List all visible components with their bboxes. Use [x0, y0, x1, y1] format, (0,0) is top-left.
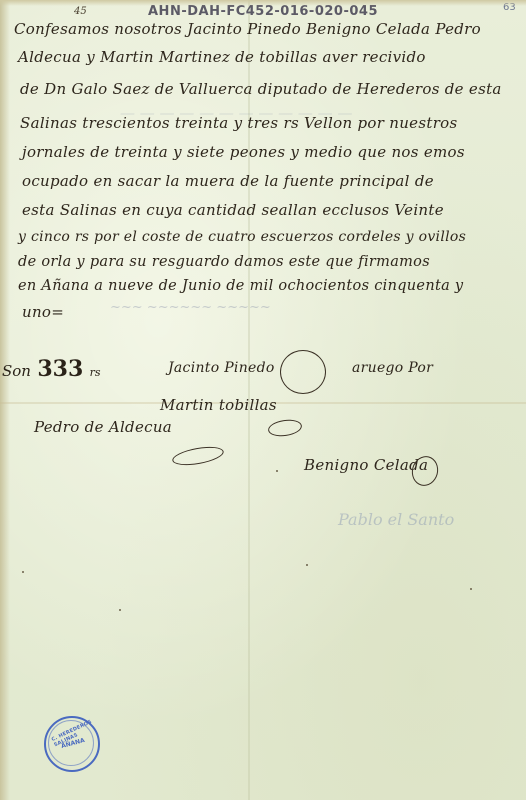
signature-pedro-aldecua: Pedro de Aldecua [34, 418, 172, 436]
amount-total: Son 333 rs [2, 356, 101, 382]
signature-arruego: aruego Por [352, 360, 433, 376]
body-line-11: uno= [22, 303, 64, 321]
archive-reference-code: AHN-DAH-FC452-016-020-045 [148, 4, 378, 19]
body-line-1: Confesamos nosotros Jacinto Pinedo Benig… [14, 20, 481, 38]
archive-stamp: C. HEREDEROS SALINAS AÑANA [44, 716, 100, 772]
body-line-9: de orla y para su resguardo damos este q… [18, 254, 430, 270]
folio-number: 63 [503, 2, 516, 13]
body-line-2: Aldecua y Martin Martinez de tobillas av… [18, 48, 426, 66]
signature-benigno-celada: Benigno Celada [304, 456, 428, 474]
faded-note: Pablo el Santo [338, 510, 454, 529]
amount-value: 333 [37, 356, 83, 382]
body-line-8: y cinco rs por el coste de cuatro escuer… [18, 229, 466, 245]
rubric-flourish [267, 418, 303, 439]
rubric-flourish [280, 350, 326, 394]
paper-speck [119, 609, 121, 611]
bleed-through-text: ~~~ ~~~~~~ ~~~~~ [110, 300, 271, 315]
paper-speck [22, 571, 24, 573]
amount-prefix: Son [2, 362, 31, 380]
rubric-flourish [171, 444, 225, 469]
margin-number: 45 [74, 6, 87, 17]
body-line-4: Salinas trescientos treinta y tres rs Ve… [20, 114, 458, 132]
body-line-3: de Dn Galo Saez de Valluerca diputado de… [20, 80, 502, 98]
paper-speck [276, 470, 278, 472]
body-line-10: en Añana a nueve de Junio de mil ochocie… [18, 278, 463, 294]
body-line-7: esta Salinas en cuya cantidad seallan ec… [22, 201, 444, 219]
body-line-6: ocupado en sacar la muera de la fuente p… [22, 172, 434, 190]
paper-speck [306, 564, 308, 566]
body-line-5: jornales de treinta y siete peones y med… [22, 143, 465, 161]
paper-speck [470, 588, 472, 590]
signature-martin-tobillas: Martin tobillas [160, 396, 277, 414]
signature-jacinto-pinedo: Jacinto Pinedo [168, 360, 275, 376]
document-page: — — — — — — — — — — — — ~~~ ~~~~~~ ~~~~~… [0, 0, 526, 800]
amount-unit: rs [90, 366, 101, 379]
